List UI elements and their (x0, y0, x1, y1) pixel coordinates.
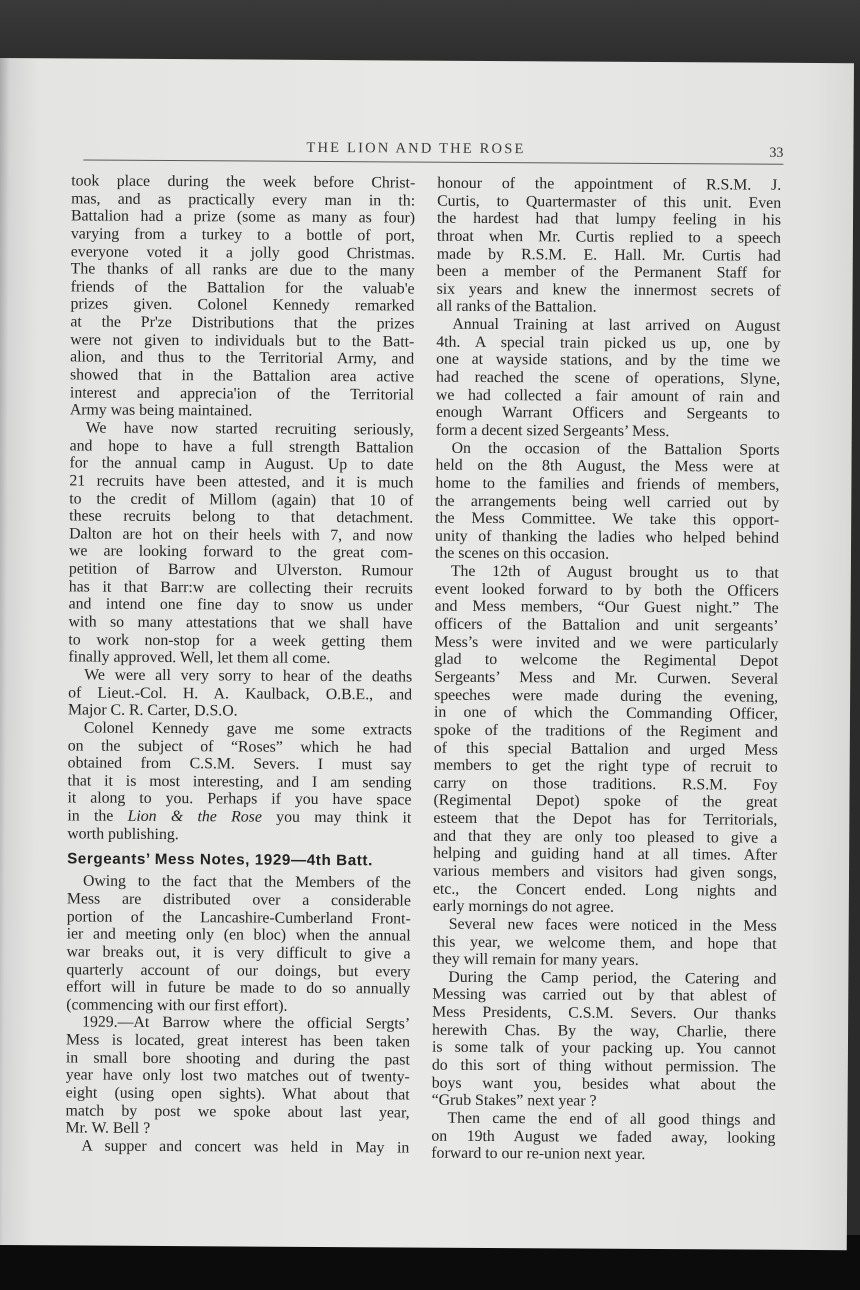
text-line: During the Camp period, the Catering and (432, 968, 776, 988)
text-line: showed that in the Battalion area active (70, 366, 414, 386)
left-column: took place during the week before Christ… (65, 172, 415, 1157)
section-heading: Sergeants’ Mess Notes, 1929—4th Batt. (67, 849, 411, 873)
text-line: (commencing with our first effort). (66, 996, 410, 1016)
text-line: ier and meeting only (en bloc) when the … (67, 926, 411, 946)
text-line: Major C. R. Carter, D.S.O. (68, 702, 412, 722)
text-line: (Regimental Depot) spoke of the great (433, 792, 777, 812)
paragraph: A supper and concert was held in May in (65, 1137, 409, 1157)
text-line: boys want you, besides what about the (432, 1074, 776, 1094)
text-line: “Grub Stakes” next year ? (432, 1092, 776, 1112)
paragraph: We have now started recruiting seriously… (68, 419, 414, 668)
text-line: Annual Training at last arrived on Augus… (436, 316, 780, 336)
text-line: Curtis, to Quartermaster of this unit. E… (437, 192, 781, 212)
text-line: has it that Barr:w are collecting their … (69, 578, 413, 598)
text-line: etc., the Concert ended. Long nights and (433, 880, 777, 900)
paragraph: 1929.—At Barrow where the official Sergt… (65, 1014, 410, 1140)
text-line: had reached the scene of operations, Sly… (436, 369, 780, 389)
text-line: everyone voted it a jolly good Christmas… (71, 243, 415, 263)
page-number: 33 (769, 146, 783, 162)
text-line: worth publishing. (67, 825, 411, 845)
paragraph: The 12th of August brought us to that ev… (433, 563, 779, 918)
text-line: Mess are distributed over a considerable (67, 890, 411, 910)
text-line: the arrangements being well carried out … (435, 492, 779, 512)
text-line: war breaks out, it is very difficult to … (66, 943, 410, 963)
text-line: The thanks of all ranks are due to the m… (71, 261, 415, 281)
text-line: various members and visitors had given s… (433, 863, 777, 883)
text-line: varying from a turkey to a bottle of por… (71, 225, 415, 245)
text-line: throat when Mr. Curtis replied to a spee… (437, 228, 781, 248)
text-line: and intend one fine day to snow us under (69, 596, 413, 616)
text-line: for the annual camp in August. Up to dat… (69, 455, 413, 475)
paragraph: took place during the week before Christ… (70, 172, 416, 421)
text-line: speeches were made during the evening, (434, 686, 778, 706)
text-line: Messing was carried out by that ablest o… (432, 986, 776, 1006)
text-line: carry on those traditions. R.S.M. Foy (434, 774, 778, 794)
text-line: Mr. W. Bell ? (65, 1120, 409, 1140)
text-line: 21 recruits have been attested, and it i… (69, 472, 413, 492)
text-line: Mess is located, great interest has been… (66, 1032, 410, 1052)
text-line: portion of the Lancashire-Cumberland Fro… (67, 908, 411, 928)
text-line: in one of which the Commanding Officer, (434, 704, 778, 724)
text-line: home to the families and friends of memb… (435, 475, 779, 495)
paragraph: On the occasion of the Battalion Sports … (435, 439, 780, 565)
text-line: quarterly account of our doings, but eve… (66, 961, 410, 981)
running-title: THE LION AND THE ROSE (306, 140, 525, 158)
text-line: obtained from C.S.M. Severs. I must say (68, 755, 412, 775)
paragraph: During the Camp period, the Catering and… (432, 968, 777, 1111)
text-line: A supper and concert was held in May in (65, 1137, 409, 1157)
text-line: is some talk of your packing up. You can… (432, 1039, 776, 1059)
text-line: at the Pr'ze Distributions that the priz… (70, 314, 414, 334)
text-line: herewith Chas. By the way, Charlie, ther… (432, 1021, 776, 1041)
text-line: of Lieut.-Col. H. A. Kaulback, O.B.E., a… (68, 684, 412, 704)
text-line: to work non-stop for a week getting them (68, 631, 412, 651)
text-line: Dalton are hot on their heels with 7, an… (69, 525, 413, 545)
text-line: Colonel Kennedy gave me some extracts (68, 719, 412, 739)
text-line: do this sort of thing without permission… (432, 1057, 776, 1077)
text-line: Owing to the fact that the Members of th… (67, 873, 411, 893)
text-line: interest and apprecia'ion of the Territo… (70, 384, 414, 404)
text-line: We were all very sorry to hear of the de… (68, 666, 412, 686)
text-line: one at wayside stations, and by the time… (436, 351, 780, 371)
text-line: esteem that the Depot has for Territoria… (433, 810, 777, 830)
text-fragment: in the (67, 807, 127, 824)
text-line: it along to you. Perhaps if you have spa… (67, 790, 411, 810)
text-line: Several new faces were noticed in the Me… (433, 916, 777, 936)
text-line: of this special Battalion and urged Mess (434, 739, 778, 759)
text-line: officers of the Battalion and unit serge… (434, 616, 778, 636)
text-line: unity of thanking the ladies who helped … (435, 527, 779, 547)
text-line: We have now started recruiting seriously… (70, 419, 414, 439)
text-line: on 19th August we faded away, looking (431, 1127, 775, 1147)
text-line: and that they are only too pleased to gi… (433, 827, 777, 847)
paragraph: Owing to the fact that the Members of th… (66, 873, 411, 1016)
text-line: enough Warrant Officers and Sergeants to (436, 404, 780, 424)
text-line: honour of the appointment of R.S.M. J. (437, 175, 781, 195)
text-line: six years and knew the innermost secrets… (437, 281, 781, 301)
paragraph: Colonel Kennedy gave me some extracts on… (67, 719, 412, 845)
text-line: Army was being maintained. (70, 402, 414, 422)
text-line: that it is most interesting, and I am se… (68, 772, 412, 792)
paragraph: Annual Training at last arrived on Augus… (436, 316, 781, 442)
text-line: mas, and as practically every man in th: (71, 190, 415, 210)
text-line: Battalion had a prize (some as many as f… (71, 208, 415, 228)
right-column: honour of the appointment of R.S.M. J. C… (431, 175, 781, 1165)
text-line: and Mess members, “Our Guest night.” The (435, 598, 779, 618)
text-line: helping and guiding hand at all times. A… (433, 845, 777, 865)
text-line: spoke of the traditions of the Regiment … (434, 722, 778, 742)
paragraph: Several new faces were noticed in the Me… (432, 916, 776, 971)
paragraph: We were all very sorry to hear of the de… (68, 666, 412, 721)
text-line: were not given to individuals but to the… (70, 331, 414, 351)
text-line: eight (using open sights). What about th… (66, 1084, 410, 1104)
text-line: members to get the right type of recruit… (434, 757, 778, 777)
text-line: Sergeants’ Mess and Mr. Curwen. Several (434, 669, 778, 689)
text-line: the hardest had that lumpy feeling in hi… (437, 210, 781, 230)
text-line: held on the 8th August, the Mess were at (435, 457, 779, 477)
text-line: 4th. A special train picked us up, one b… (436, 333, 780, 353)
text-line: alion, and thus to the Territorial Army,… (70, 349, 414, 369)
text-line: the Mess Committee. We take this opport- (435, 510, 779, 530)
text-line: form a decent sized Sergeants’ Mess. (436, 422, 780, 442)
text-line: friends of the Battalion for the valuab'… (71, 278, 415, 298)
text-line: match by post we spoke about last year, (66, 1102, 410, 1122)
text-line: effort will in future be made to do so a… (66, 979, 410, 999)
text-line: these recruits belong to that detachment… (69, 508, 413, 528)
text-line: this year, we welcome them, and hope tha… (433, 933, 777, 953)
text-line: event looked forward to by both the Offi… (435, 580, 779, 600)
text-line: we had collected a fair amount of rain a… (436, 386, 780, 406)
text-line: glad to welcome the Regimental Depot (434, 651, 778, 671)
text-line: Mess’s were invited and we were particul… (434, 633, 778, 653)
text-line: Mess Presidents, C.S.M. Severs. Our than… (432, 1004, 776, 1024)
text-line: they will remain for many years. (432, 951, 776, 971)
text-line: we are looking forward to the great com- (69, 543, 413, 563)
page-header: THE LION AND THE ROSE 33 (83, 139, 783, 169)
text-line: early mornings do not agree. (433, 898, 777, 918)
text-line: finally approved. Well, let them all com… (68, 649, 412, 669)
text-line: On the occasion of the Battalion Sports (436, 439, 780, 459)
text-line: the scenes on this occasion. (435, 545, 779, 565)
text-line: made by R.S.M. E. Hall. Mr. Curtis had (437, 245, 781, 265)
text-line: and hope to have a full strength Battali… (70, 437, 414, 457)
header-rule (83, 160, 783, 165)
paragraph: honour of the appointment of R.S.M. J. C… (436, 175, 781, 318)
text-line: petition of Barrow and Ulverston. Rumour (69, 561, 413, 581)
text-line: in the Lion & the Rose you may think it (67, 807, 411, 827)
text-line: took place during the week before Christ… (71, 172, 415, 192)
text-line: Then came the end of all good things and (431, 1110, 775, 1130)
text-line: forward to our re-union next year. (431, 1145, 775, 1165)
magazine-page: THE LION AND THE ROSE 33 took place duri… (0, 58, 854, 1250)
text-line: with so many attestations that we shall … (69, 613, 413, 633)
text-line: prizes given. Colonel Kennedy remarked (70, 296, 414, 316)
text-line: year have only lost two matches out of t… (66, 1067, 410, 1087)
text-line: on the subject of “Roses” which he had (68, 737, 412, 757)
text-line: all ranks of the Battalion. (436, 298, 780, 318)
text-line: The 12th of August brought us to that (435, 563, 779, 583)
text-line: to the credit of Millom (again) that 10 … (69, 490, 413, 510)
paragraph: Then came the end of all good things and… (431, 1110, 775, 1165)
text-fragment: you may think it (262, 809, 412, 827)
text-line: been a member of the Permanent Staff for (437, 263, 781, 283)
publication-title-italic: Lion & the Rose (128, 808, 262, 826)
text-line: 1929.—At Barrow where the official Sergt… (66, 1014, 410, 1034)
text-line: in small bore shooting and during the pa… (66, 1049, 410, 1069)
